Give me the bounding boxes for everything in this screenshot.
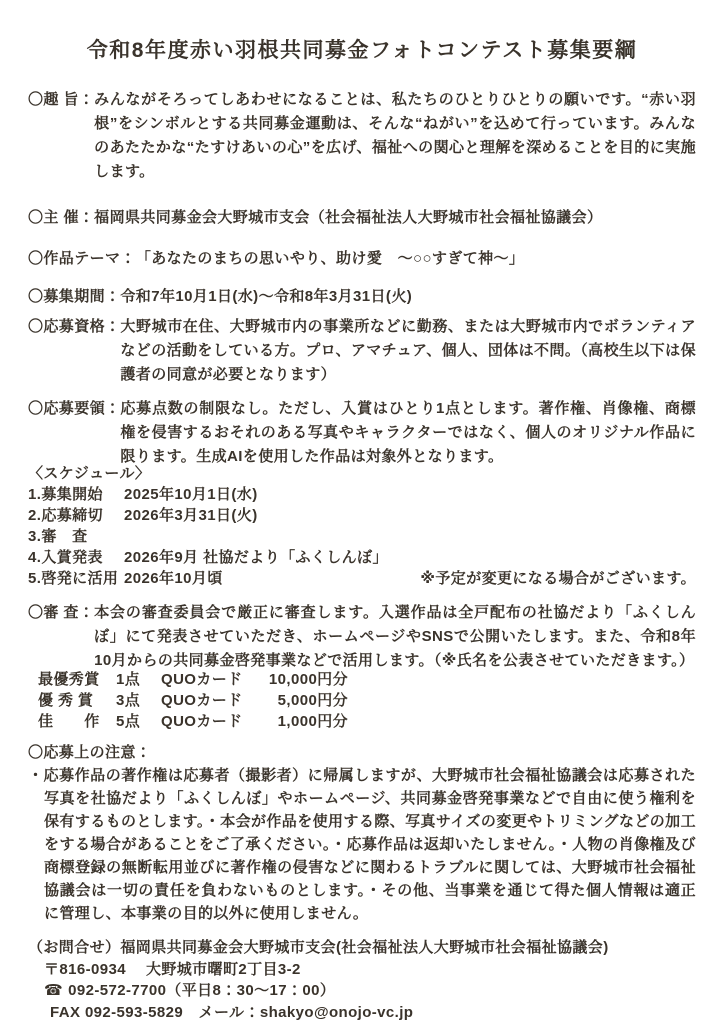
award-count: 5点: [116, 711, 161, 732]
award-item: QUOカード: [161, 711, 256, 732]
theme-label: 〇作品テーマ：: [28, 247, 136, 271]
contact-phone-number: 092-572-7700（平日8：30～17：00）: [68, 982, 335, 999]
award-count: 3点: [116, 690, 161, 711]
purpose-body: みんながそろってしあわせになることは、私たちのひとりひとりの願いです。“赤い羽根…: [94, 88, 696, 184]
guidelines-label: 〇応募要領：: [28, 397, 120, 469]
schedule-item-name: 審 査: [41, 528, 87, 545]
award-row: 佳 作 5点 QUOカード 1,000円分: [38, 711, 696, 732]
organizer-label: 〇主 催：: [28, 206, 94, 230]
schedule-item-num: 5.: [28, 570, 41, 587]
section-period: 〇募集期間： 令和7年10月1日(水)～令和8年3月31日(火): [28, 285, 696, 309]
award-name: 優 秀 賞: [38, 690, 116, 711]
judging-label: 〇審 査：: [28, 601, 94, 673]
organizer-body: 福岡県共同募金会大野城市支会（社会福祉法人大野城市社会福祉協議会）: [94, 206, 696, 230]
section-theme: 〇作品テーマ： 「あなたのまちの思いやり、助け愛 ～○○すぎて神～」: [28, 247, 696, 271]
schedule-item-detail: 2026年9月 社協だより「ふくしんぼ」: [124, 547, 388, 568]
page-title: 令和8年度赤い羽根共同募金フォトコンテスト募集要綱: [28, 36, 696, 66]
schedule-item-name: 啓発に活用: [41, 570, 118, 587]
schedule-row: 3.審 査: [28, 526, 696, 547]
award-item: QUOカード: [161, 669, 256, 690]
schedule-item-detail: 2026年3月31日(火): [124, 505, 258, 526]
schedule-row: 2.応募締切 2026年3月31日(火): [28, 505, 696, 526]
schedule-change-note: ※予定が変更になる場合がございます。: [420, 568, 696, 589]
notes-body: ・応募作品の著作権は応募者（撮影者）に帰属しますが、大野城市社会福祉協議会は応募…: [28, 764, 696, 925]
awards-table: 最優秀賞 1点 QUOカード 10,000円分 優 秀 賞 3点 QUOカード …: [38, 669, 696, 732]
section-judging: 〇審 査： 本会の審査委員会で厳正に審査します。入選作品は全戸配布の社協だより「…: [28, 601, 696, 673]
judging-body: 本会の審査委員会で厳正に審査します。入選作品は全戸配布の社協だより「ふくしんぼ」…: [94, 601, 696, 673]
schedule-row: 1.募集開始 2025年10月1日(水): [28, 484, 696, 505]
award-amount: 1,000円分: [256, 711, 348, 732]
section-contact: （お問合せ）福岡県共同募金会大野城市支会(社会福祉法人大野城市社会福祉協議会) …: [28, 937, 696, 1023]
period-body: 令和7年10月1日(水)～令和8年3月31日(火): [120, 285, 696, 309]
eligibility-label: 〇応募資格：: [28, 315, 120, 387]
award-row: 優 秀 賞 3点 QUOカード 5,000円分: [38, 690, 696, 711]
section-guidelines: 〇応募要領： 応募点数の制限なし。ただし、入賞はひとり1点とします。著作権、肖像…: [28, 397, 696, 469]
award-name: 佳 作: [38, 711, 116, 732]
section-purpose: 〇趣 旨： みんながそろってしあわせになることは、私たちのひとりひとりの願いです…: [28, 88, 696, 184]
schedule-item-detail: 2026年10月頃: [124, 568, 223, 589]
period-label: 〇募集期間：: [28, 285, 120, 309]
eligibility-body: 大野城市在住、大野城市内の事業所などに勤務、または大野城市内でボランティアなどの…: [120, 315, 696, 387]
section-schedule: 〈スケジュール〉 1.募集開始 2025年10月1日(水) 2.応募締切 202…: [28, 463, 696, 589]
schedule-item-num: 2.: [28, 507, 41, 524]
section-eligibility: 〇応募資格： 大野城市在住、大野城市内の事業所などに勤務、または大野城市内でボラ…: [28, 315, 696, 387]
schedule-row: 4.入賞発表 2026年9月 社協だより「ふくしんぼ」: [28, 547, 696, 568]
award-amount: 10,000円分: [256, 669, 348, 690]
phone-icon: ☎: [44, 982, 63, 999]
schedule-item-name: 入賞発表: [41, 549, 103, 566]
schedule-item-name: 募集開始: [41, 486, 103, 503]
award-count: 1点: [116, 669, 161, 690]
theme-body: 「あなたのまちの思いやり、助け愛 ～○○すぎて神～」: [136, 247, 696, 271]
schedule-item-name: 応募締切: [41, 507, 103, 524]
notes-heading: 〇応募上の注意：: [28, 741, 696, 764]
contact-fax-mail: FAX 092-593-5829 メール：shakyo@onojo-vc.jp: [28, 1002, 696, 1024]
contact-phone-line: ☎092-572-7700（平日8：30～17：00）: [28, 980, 696, 1002]
award-item: QUOカード: [161, 690, 256, 711]
section-organizer: 〇主 催： 福岡県共同募金会大野城市支会（社会福祉法人大野城市社会福祉協議会）: [28, 206, 696, 230]
schedule-item-detail: 2025年10月1日(水): [124, 484, 258, 505]
schedule-row: 5.啓発に活用 2026年10月頃 ※予定が変更になる場合がございます。: [28, 568, 696, 589]
section-notes: 〇応募上の注意： ・応募作品の著作権は応募者（撮影者）に帰属しますが、大野城市社…: [28, 741, 696, 925]
guidelines-body: 応募点数の制限なし。ただし、入賞はひとり1点とします。著作権、肖像権、商標権を侵…: [120, 397, 696, 469]
purpose-label: 〇趣 旨：: [28, 88, 94, 184]
schedule-item-num: 3.: [28, 528, 41, 545]
schedule-item-num: 4.: [28, 549, 41, 566]
document-page: 令和8年度赤い羽根共同募金フォトコンテスト募集要綱 〇趣 旨： みんながそろって…: [0, 0, 724, 1024]
contact-postal-address: 〒816-0934 大野城市曙町2丁目3-2: [28, 959, 696, 981]
award-name: 最優秀賞: [38, 669, 116, 690]
award-amount: 5,000円分: [256, 690, 348, 711]
contact-header: （お問合せ）福岡県共同募金会大野城市支会(社会福祉法人大野城市社会福祉協議会): [28, 937, 696, 959]
schedule-item-num: 1.: [28, 486, 41, 503]
